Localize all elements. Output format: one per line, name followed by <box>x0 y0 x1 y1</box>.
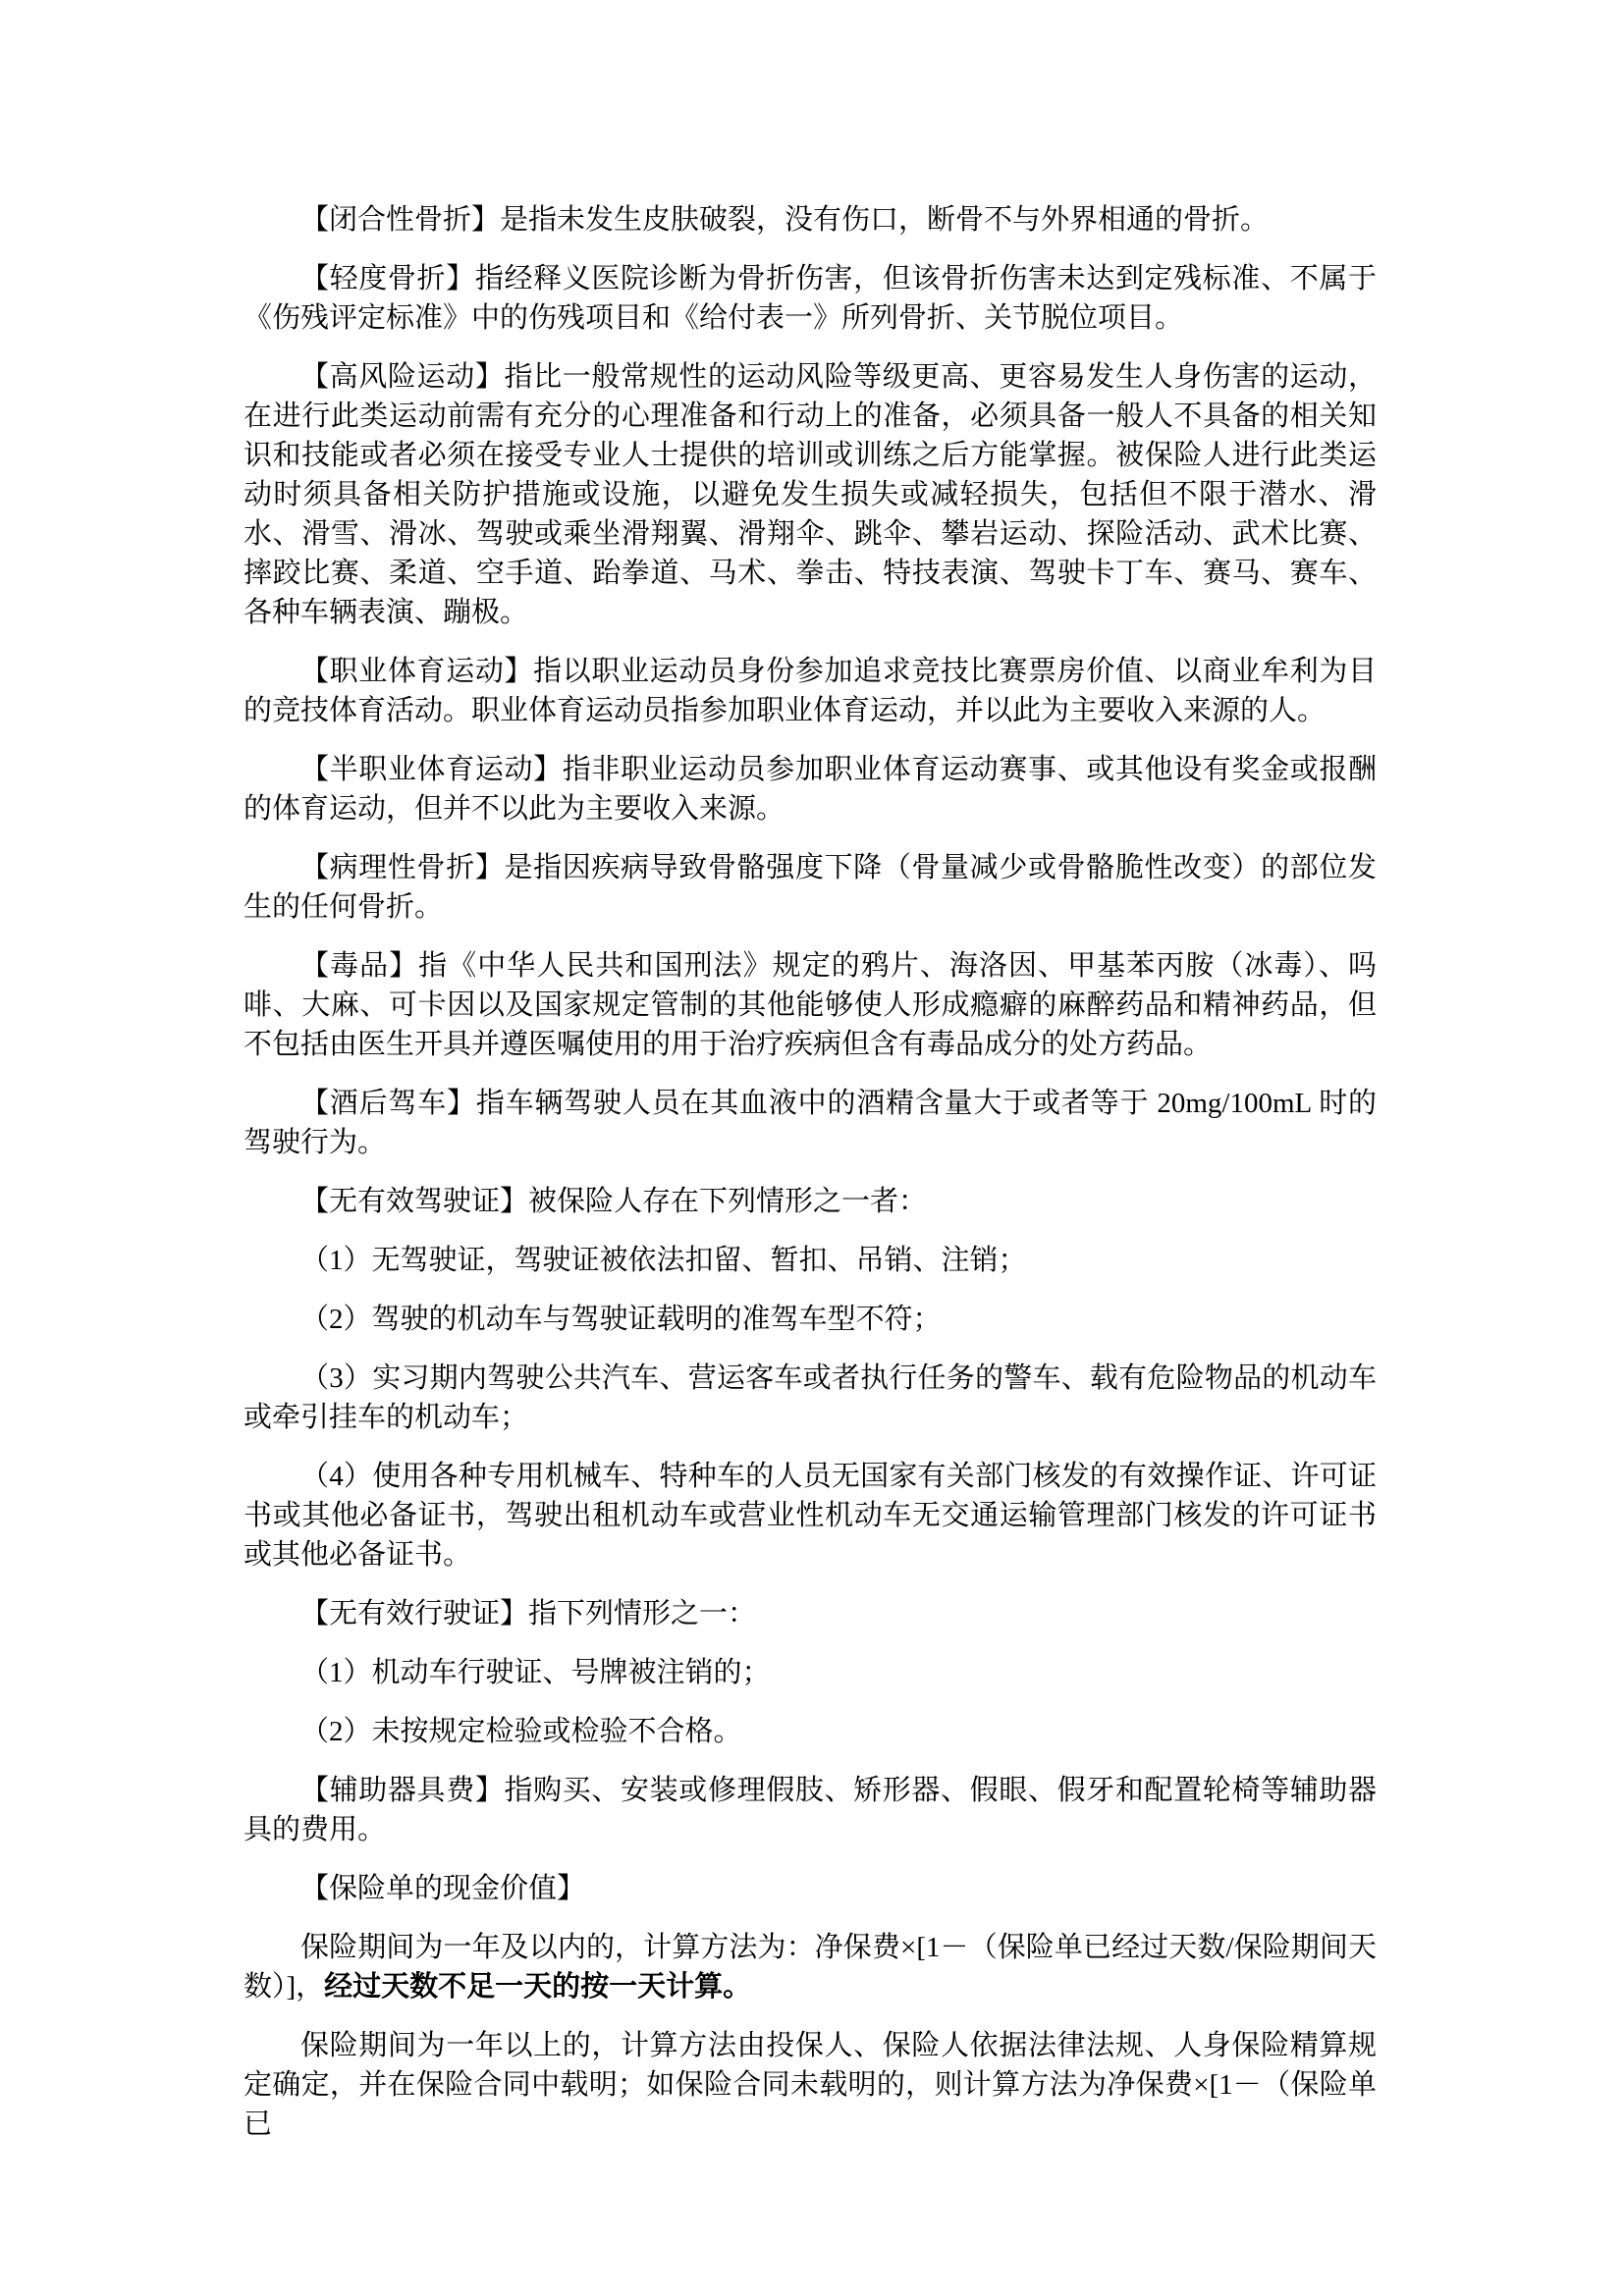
text-run: 【酒后驾车】指车辆驾驶人员在其血液中的酒精含量大于或者等于 20mg/100mL… <box>244 1088 1377 1158</box>
document-body: 【闭合性骨折】是指未发生皮肤破裂，没有伤口，断骨不与外界相通的骨折。【轻度骨折】… <box>244 200 1377 2144</box>
paragraph: （2）驾驶的机动车与驾驶证载明的准驾车型不符； <box>244 1300 1377 1339</box>
text-run: 【病理性骨折】是指因疾病导致骨骼强度下降（骨量减少或骨骼脆性改变）的部位发生的任… <box>244 852 1377 923</box>
paragraph: 【保险单的现金价值】 <box>244 1869 1377 1908</box>
text-run: 【半职业体育运动】指非职业运动员参加职业体育运动赛事、或其他设有奖金或报酬的体育… <box>244 754 1377 825</box>
text-run: 【辅助器具费】指购买、安装或修理假肢、矫形器、假眼、假牙和配置轮椅等辅助器具的费… <box>244 1775 1377 1845</box>
text-run: 【无有效行驶证】指下列情形之一： <box>300 1598 756 1629</box>
text-run: （1）机动车行驶证、号牌被注销的； <box>300 1657 771 1688</box>
paragraph: 【无有效行驶证】指下列情形之一： <box>244 1594 1377 1633</box>
text-run: 【无有效驾驶证】被保险人存在下列情形之一者： <box>300 1186 927 1217</box>
text-run: 【高风险运动】指比一般常规性的运动风险等级更高、更容易发生人身伤害的运动，在进行… <box>244 361 1377 628</box>
paragraph: 【无有效驾驶证】被保险人存在下列情形之一者： <box>244 1182 1377 1221</box>
paragraph: （2）未按规定检验或检验不合格。 <box>244 1712 1377 1751</box>
paragraph: 【病理性骨折】是指因疾病导致骨骼强度下降（骨量减少或骨骼脆性改变）的部位发生的任… <box>244 848 1377 927</box>
text-run: 【保险单的现金价值】 <box>300 1873 585 1904</box>
text-run: （2）未按规定检验或检验不合格。 <box>300 1716 742 1747</box>
paragraph: 【半职业体育运动】指非职业运动员参加职业体育运动赛事、或其他设有奖金或报酬的体育… <box>244 750 1377 828</box>
text-run: （2）驾驶的机动车与驾驶证载明的准驾车型不符； <box>300 1304 942 1335</box>
text-run: （4）使用各种专用机械车、特种车的人员无国家有关部门核发的有效操作证、许可证书或… <box>244 1461 1377 1571</box>
text-run: 【职业体育运动】指以职业运动员身份参加追求竞技比赛票房价值、以商业牟利为目的竞技… <box>244 656 1377 726</box>
text-run: 【轻度骨折】指经释义医院诊断为骨折伤害，但该骨折伤害未达到定残标准、不属于《伤残… <box>244 263 1377 334</box>
text-run: 【闭合性骨折】是指未发生皮肤破裂，没有伤口，断骨不与外界相通的骨折。 <box>300 204 1269 236</box>
paragraph: （1）机动车行驶证、号牌被注销的； <box>244 1653 1377 1692</box>
paragraph: （3）实习期内驾驶公共汽车、营运客车或者执行任务的警车、载有危险物品的机动车或牵… <box>244 1359 1377 1437</box>
document-page: 【闭合性骨折】是指未发生皮肤破裂，没有伤口，断骨不与外界相通的骨折。【轻度骨折】… <box>0 0 1624 2296</box>
paragraph: 【酒后驾车】指车辆驾驶人员在其血液中的酒精含量大于或者等于 20mg/100mL… <box>244 1084 1377 1162</box>
paragraph: 【辅助器具费】指购买、安装或修理假肢、矫形器、假眼、假牙和配置轮椅等辅助器具的费… <box>244 1771 1377 1849</box>
text-run: （3）实习期内驾驶公共汽车、营运客车或者执行任务的警车、载有危险物品的机动车或牵… <box>244 1362 1377 1433</box>
text-run: （1）无驾驶证，驾驶证被依法扣留、暂扣、吊销、注销； <box>300 1245 1027 1276</box>
paragraph: 【高风险运动】指比一般常规性的运动风险等级更高、更容易发生人身伤害的运动，在进行… <box>244 357 1377 632</box>
bold-text: 经过天数不足一天的按一天计算。 <box>324 1971 751 2002</box>
paragraph: 【闭合性骨折】是指未发生皮肤破裂，没有伤口，断骨不与外界相通的骨折。 <box>244 200 1377 240</box>
paragraph: 【职业体育运动】指以职业运动员身份参加追求竞技比赛票房价值、以商业牟利为目的竞技… <box>244 652 1377 730</box>
paragraph: 保险期间为一年及以内的，计算方法为：净保费×[1－（保险单已经过天数/保险期间天… <box>244 1928 1377 2006</box>
paragraph: （1）无驾驶证，驾驶证被依法扣留、暂扣、吊销、注销； <box>244 1241 1377 1280</box>
text-run: 保险期间为一年以上的，计算方法由投保人、保险人依据法律法规、人身保险精算规定确定… <box>244 2030 1377 2140</box>
paragraph: 【毒品】指《中华人民共和国刑法》规定的鸦片、海洛因、甲基苯丙胺（冰毒）、吗啡、大… <box>244 946 1377 1064</box>
paragraph: （4）使用各种专用机械车、特种车的人员无国家有关部门核发的有效操作证、许可证书或… <box>244 1457 1377 1575</box>
text-run: 【毒品】指《中华人民共和国刑法》规定的鸦片、海洛因、甲基苯丙胺（冰毒）、吗啡、大… <box>244 950 1377 1060</box>
paragraph: 保险期间为一年以上的，计算方法由投保人、保险人依据法律法规、人身保险精算规定确定… <box>244 2026 1377 2144</box>
paragraph: 【轻度骨折】指经释义医院诊断为骨折伤害，但该骨折伤害未达到定残标准、不属于《伤残… <box>244 259 1377 338</box>
